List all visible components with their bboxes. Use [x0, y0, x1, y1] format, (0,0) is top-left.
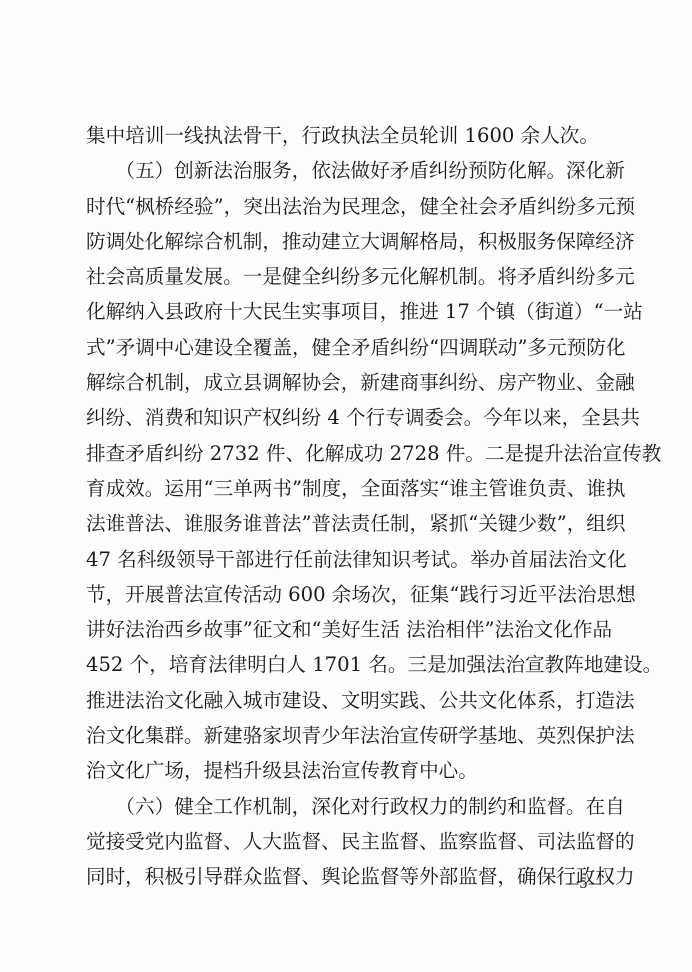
text-line: 觉接受党内监督、人大监督、民主监督、监察监督、司法监督的	[86, 824, 612, 859]
text-line: 式”矛调中心建设全覆盖，健全矛盾纠纷“四调联动”多元预防化	[86, 330, 612, 365]
document-page: 集中培训一线执法骨干，行政执法全员轮训 1600 余人次。 （五）创新法治服务，…	[0, 0, 692, 972]
text-line: 社会高质量发展。一是健全纠纷多元化解机制。将矛盾纠纷多元	[86, 259, 612, 294]
body-text: 集中培训一线执法骨干，行政执法全员轮训 1600 余人次。 （五）创新法治服务，…	[86, 118, 612, 895]
text-line: 防调处化解综合机制，推动建立大调解格局，积极服务保障经济	[86, 224, 612, 259]
text-line: 节，开展普法宣传活动 600 余场次，征集“践行习近平法治思想	[86, 577, 612, 612]
text-line: 集中培训一线执法骨干，行政执法全员轮训 1600 余人次。	[86, 118, 612, 153]
text-line: 解综合机制，成立县调解协会，新建商事纠纷、房产物业、金融	[86, 365, 612, 400]
text-line: 育成效。运用“三单两书”制度，全面落实“谁主管谁负责、谁执	[86, 471, 612, 506]
text-line: 纠纷、消费和知识产权纠纷 4 个行专调委会。今年以来，全县共	[86, 400, 612, 435]
text-line: 排查矛盾纠纷 2732 件、化解成功 2728 件。二是提升法治宣传教	[86, 436, 612, 471]
text-line: （五）创新法治服务，依法做好矛盾纠纷预防化解。深化新	[86, 153, 612, 188]
text-line: 同时，积极引导群众监督、舆论监督等外部监督，确保行政权力	[86, 859, 612, 894]
text-line: 讲好法治西乡故事”征文和“美好生活 法治相伴”法治文化作品	[86, 612, 612, 647]
text-line: 47 名科级领导干部进行任前法律知识考试。举办首届法治文化	[86, 542, 612, 577]
text-line: 法谁普法、谁服务谁普法”普法责任制，紧抓“关键少数”，组织	[86, 506, 612, 541]
text-line: 治文化广场，提档升级县法治宣传教育中心。	[86, 753, 612, 788]
text-line: 时代“枫桥经验”，突出法治为民理念，健全社会矛盾纠纷多元预	[86, 189, 612, 224]
text-line: （六）健全工作机制，深化对行政权力的制约和监督。在自	[86, 789, 612, 824]
text-line: 治文化集群。新建骆家坝青少年法治宣传研学基地、英烈保护法	[86, 718, 612, 753]
text-line: 化解纳入县政府十大民生实事项目，推进 17 个镇（街道）“一站	[86, 294, 612, 329]
text-line: 推进法治文化融入城市建设、文明实践、公共文化体系，打造法	[86, 683, 612, 718]
page-number: —5—	[565, 876, 602, 892]
text-line: 452 个，培育法律明白人 1701 名。三是加强法治宣教阵地建设。	[86, 647, 612, 682]
